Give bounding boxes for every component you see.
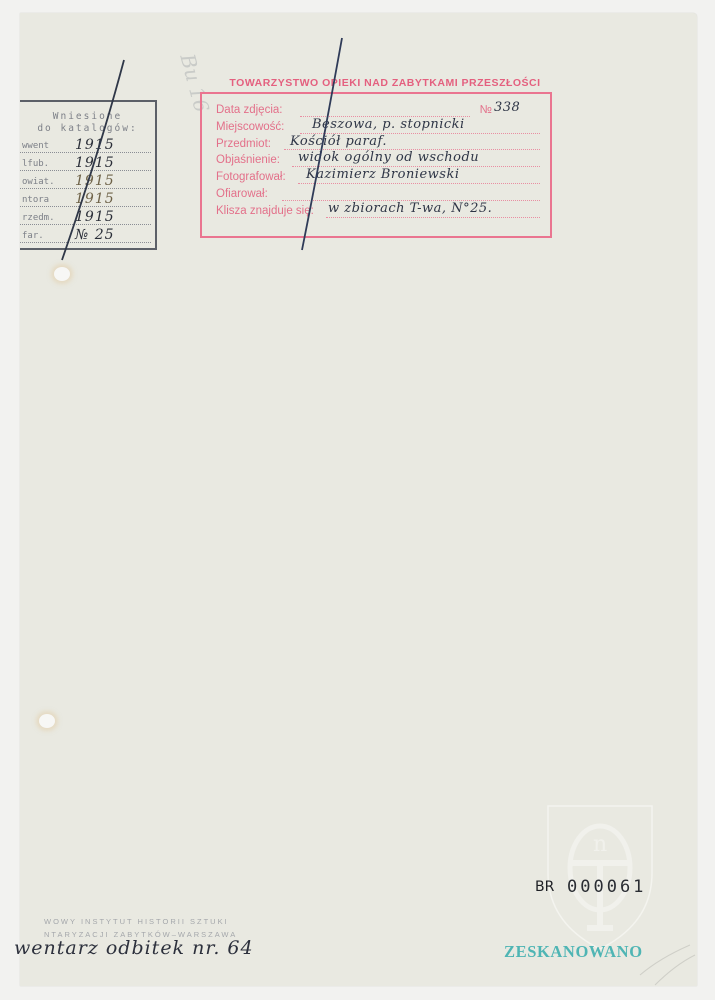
- pen-strike-lines: [0, 0, 715, 1000]
